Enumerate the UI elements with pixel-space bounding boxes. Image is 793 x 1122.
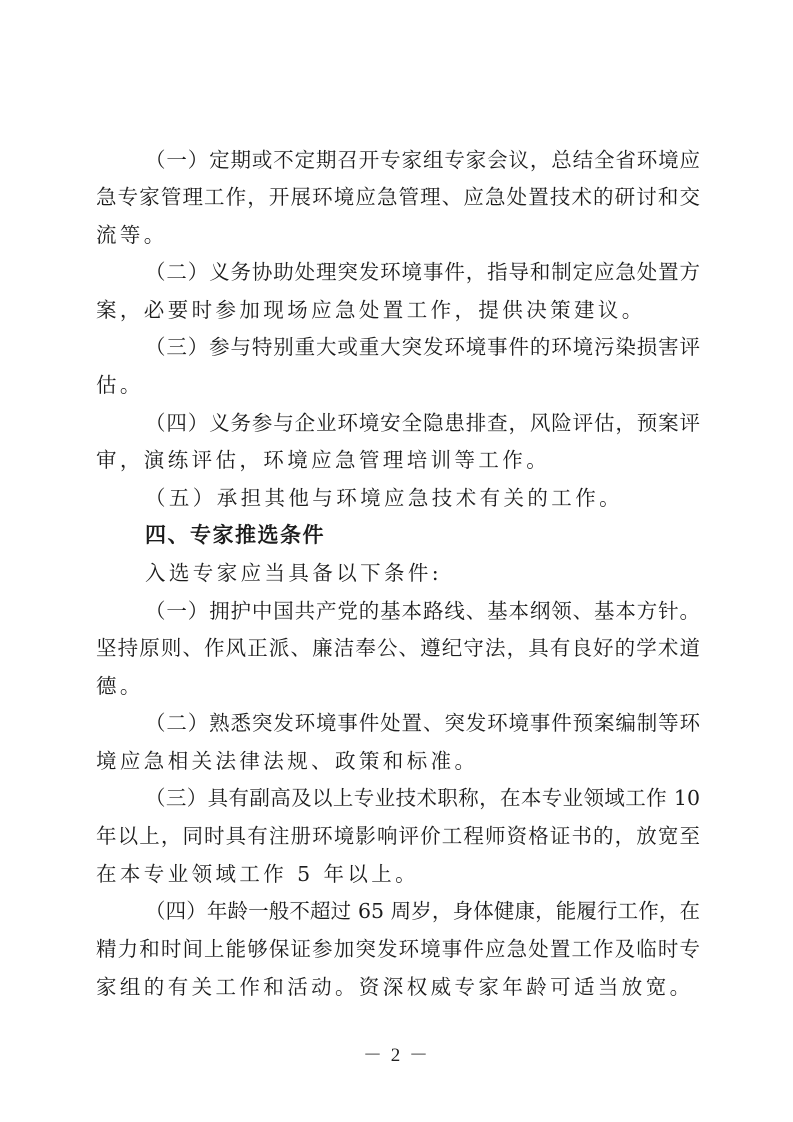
text-line: 精力和时间上能够保证参加突发环境事件应急处置工作及临时专 (96, 934, 700, 964)
text-line: （三）参与特别重大或重大突发环境事件的环境污染损害评 (145, 332, 700, 362)
text-line: 估。 (96, 370, 700, 400)
section-heading: 四、专家推选条件 (145, 520, 700, 550)
text-line: 德。 (96, 671, 700, 701)
text-line: 流等。 (96, 220, 700, 250)
text-line: （二）熟悉突发环境事件处置、突发环境事件预案编制等环 (145, 708, 700, 738)
text-line: （一）定期或不定期召开专家组专家会议，总结全省环境应 (145, 145, 700, 175)
text-line: （三）具有副高及以上专业技术职称，在本专业领域工作 10 (145, 783, 700, 813)
text-line: 年以上，同时具有注册环境影响评价工程师资格证书的，放宽至 (96, 821, 700, 851)
page-number: － 2 － (0, 1040, 793, 1067)
text-line: 急专家管理工作，开展环境应急管理、应急处置技术的研讨和交 (96, 182, 700, 212)
text-line: 家组的有关工作和活动。资深权威专家年龄可适当放宽。 (96, 972, 700, 1002)
text-line: （四）义务参与企业环境安全隐患排查，风险评估，预案评 (145, 408, 700, 438)
text-line: （二）义务协助处理突发环境事件，指导和制定应急处置方 (145, 257, 700, 287)
text-line: 案，必要时参加现场应急处置工作，提供决策建议。 (96, 295, 700, 325)
text-line: （五）承担其他与环境应急技术有关的工作。 (145, 483, 700, 513)
text-line: （一）拥护中国共产党的基本路线、基本纲领、基本方针。 (145, 596, 700, 626)
document-page: （一）定期或不定期召开专家组专家会议，总结全省环境应急专家管理工作，开展环境应急… (0, 0, 793, 1122)
text-line: （四）年龄一般不超过 65 周岁，身体健康，能履行工作，在 (145, 896, 700, 926)
text-line: 境应急相关法律法规、政策和标准。 (96, 746, 700, 776)
text-line: 在本专业领域工作 5 年以上。 (96, 859, 700, 889)
text-line: 入选专家应当具备以下条件: (145, 558, 700, 588)
text-line: 审，演练评估，环境应急管理培训等工作。 (96, 445, 700, 475)
text-line: 坚持原则、作风正派、廉洁奉公、遵纪守法，具有良好的学术道 (96, 633, 700, 663)
